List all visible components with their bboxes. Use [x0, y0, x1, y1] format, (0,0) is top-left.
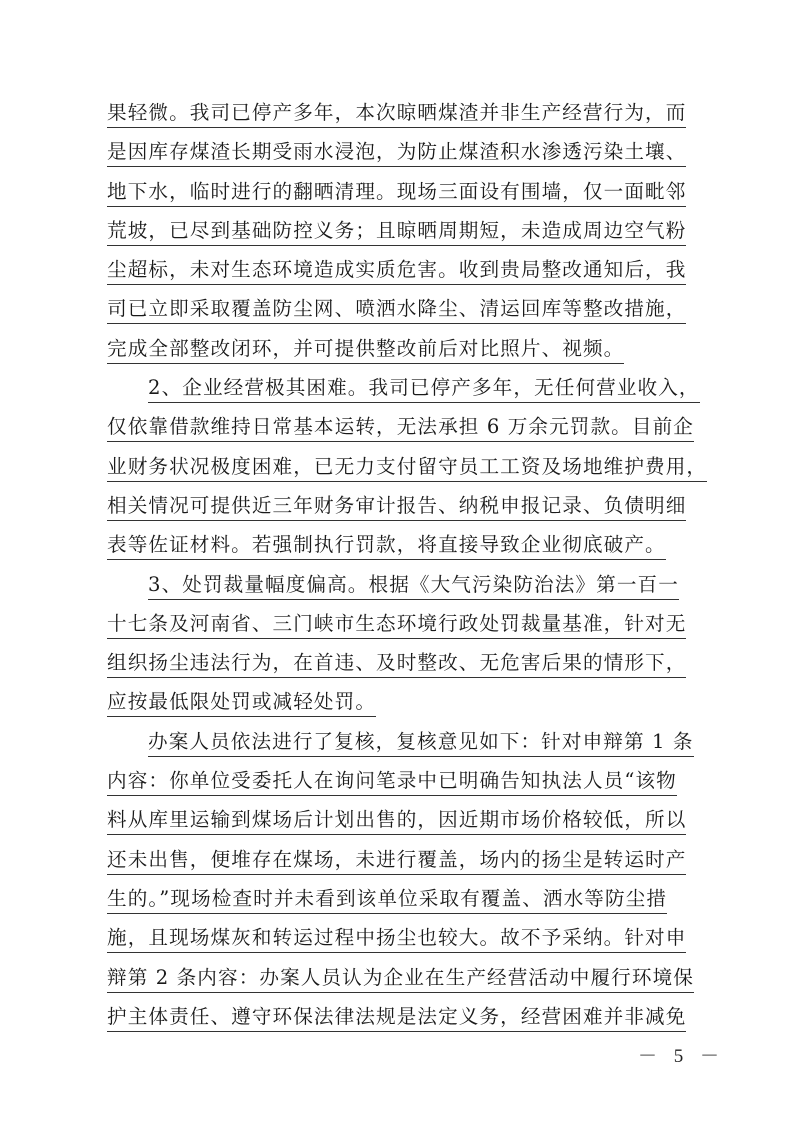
text-line: 司已立即采取覆盖防尘网、喷洒水降尘、清运回库等整改措施，	[107, 294, 707, 333]
underlined-text: 表等佐证材料。若强制执行罚款，将直接导致企业彻底破产。	[107, 532, 666, 560]
text-line: 表等佐证材料。若强制执行罚款，将直接导致企业彻底破产。	[107, 530, 707, 569]
text-line: 十七条及河南省、三门峡市生态环境行政处罚裁量基准，针对无	[107, 609, 707, 648]
text-line: 施，且现场煤灰和转运过程中扬尘也较大。故不予采纳。针对申	[107, 923, 707, 962]
text-line: 果轻微。我司已停产多年，本次晾晒煤渣并非生产经营行为，而	[107, 98, 707, 137]
underlined-text: 地下水，临时进行的翻晒清理。现场三面设有围墙，仅一面毗邻	[107, 179, 686, 207]
underlined-text: 果轻微。我司已停产多年，本次晾晒煤渣并非生产经营行为，而	[107, 100, 686, 128]
paragraph-start-line: 办案人员依法进行了复核，复核意见如下：针对申辩第 1 条	[107, 727, 707, 766]
underlined-text: 料从库里运输到煤场后计划出售的，因近期市场价格较低，所以	[107, 807, 686, 835]
underlined-text: 辩第 2 条内容：办案人员认为企业在生产经营活动中履行环境保	[107, 965, 694, 993]
underlined-text: 内容：你单位受委托人在询问笔录中已明确告知执法人员“该物	[107, 768, 677, 796]
underlined-text: 2、企业经营极其困难。我司已停产多年，无任何营业收入，	[148, 375, 700, 403]
underlined-text: 组织扬尘违法行为，在首违、及时整改、无危害后果的情形下，	[107, 650, 686, 678]
underlined-text: 司已立即采取覆盖防尘网、喷洒水降尘、清运回库等整改措施，	[107, 296, 686, 324]
text-line: 生的。”现场检查时并未看到该单位采取有覆盖、洒水等防尘措	[107, 884, 707, 923]
underlined-text: 是因库存煤渣长期受雨水浸泡，为防止煤渣积水渗透污染土壤、	[107, 139, 686, 167]
underlined-text: 尘超标，未对生态环境造成实质危害。收到贵局整改通知后，我	[107, 257, 686, 285]
text-line: 完成全部整改闭环，并可提供整改前后对比照片、视频。	[107, 334, 707, 373]
text-line: 料从库里运输到煤场后计划出售的，因近期市场价格较低，所以	[107, 805, 707, 844]
document-body: 果轻微。我司已停产多年，本次晾晒煤渣并非生产经营行为，而 是因库存煤渣长期受雨水…	[107, 98, 707, 1041]
underlined-text: 3、处罚裁量幅度偏高。根据《大气污染防治法》第一百一	[148, 572, 679, 600]
text-line: 荒坡，已尽到基础防控义务；且晾晒周期短，未造成周边空气粉	[107, 216, 707, 255]
underlined-text: 还未出售，便堆存在煤场，未进行覆盖，场内的扬尘是转运时产	[107, 847, 686, 875]
underlined-text: 施，且现场煤灰和转运过程中扬尘也较大。故不予采纳。针对申	[107, 925, 686, 953]
underlined-text: 护主体责任、遵守环保法律法规是法定义务，经营困难并非减免	[107, 1004, 686, 1032]
text-line: 尘超标，未对生态环境造成实质危害。收到贵局整改通知后，我	[107, 255, 707, 294]
underlined-text: 业财务状况极度困难，已无力支付留守员工工资及场地维护费用，	[107, 454, 707, 482]
text-line: 业财务状况极度困难，已无力支付留守员工工资及场地维护费用，	[107, 452, 707, 491]
text-line: 组织扬尘违法行为，在首违、及时整改、无危害后果的情形下，	[107, 648, 707, 687]
text-line: 相关情况可提供近三年财务审计报告、纳税申报记录、负债明细	[107, 491, 707, 530]
text-line: 地下水，临时进行的翻晒清理。现场三面设有围墙，仅一面毗邻	[107, 177, 707, 216]
underlined-text: 十七条及河南省、三门峡市生态环境行政处罚裁量基准，针对无	[107, 611, 686, 639]
document-page: 果轻微。我司已停产多年，本次晾晒煤渣并非生产经营行为，而 是因库存煤渣长期受雨水…	[0, 0, 793, 1122]
underlined-text: 生的。”现场检查时并未看到该单位采取有覆盖、洒水等防尘措	[107, 886, 667, 914]
paragraph-start-line: 2、企业经营极其困难。我司已停产多年，无任何营业收入，	[107, 373, 707, 412]
text-line: 仅依靠借款维持日常基本运转，无法承担 6 万余元罚款。目前企	[107, 412, 707, 451]
paragraph-start-line: 3、处罚裁量幅度偏高。根据《大气污染防治法》第一百一	[107, 570, 707, 609]
underlined-text: 完成全部整改闭环，并可提供整改前后对比照片、视频。	[107, 336, 624, 364]
underlined-text: 相关情况可提供近三年财务审计报告、纳税申报记录、负债明细	[107, 493, 686, 521]
underlined-text: 应按最低限处罚或减轻处罚。	[107, 689, 376, 717]
underlined-text: 办案人员依法进行了复核，复核意见如下：针对申辩第 1 条	[148, 729, 694, 757]
underlined-text: 荒坡，已尽到基础防控义务；且晾晒周期短，未造成周边空气粉	[107, 218, 686, 246]
underlined-text: 仅依靠借款维持日常基本运转，无法承担 6 万余元罚款。目前企	[107, 414, 694, 442]
text-line: 内容：你单位受委托人在询问笔录中已明确告知执法人员“该物	[107, 766, 707, 805]
text-line: 还未出售，便堆存在煤场，未进行覆盖，场内的扬尘是转运时产	[107, 845, 707, 884]
text-line: 护主体责任、遵守环保法律法规是法定义务，经营困难并非减免	[107, 1002, 707, 1041]
text-line: 辩第 2 条内容：办案人员认为企业在生产经营活动中履行环境保	[107, 963, 707, 1002]
text-line: 应按最低限处罚或减轻处罚。	[107, 687, 707, 726]
page-number: － 5 －	[638, 1041, 725, 1068]
text-line: 是因库存煤渣长期受雨水浸泡，为防止煤渣积水渗透污染土壤、	[107, 137, 707, 176]
